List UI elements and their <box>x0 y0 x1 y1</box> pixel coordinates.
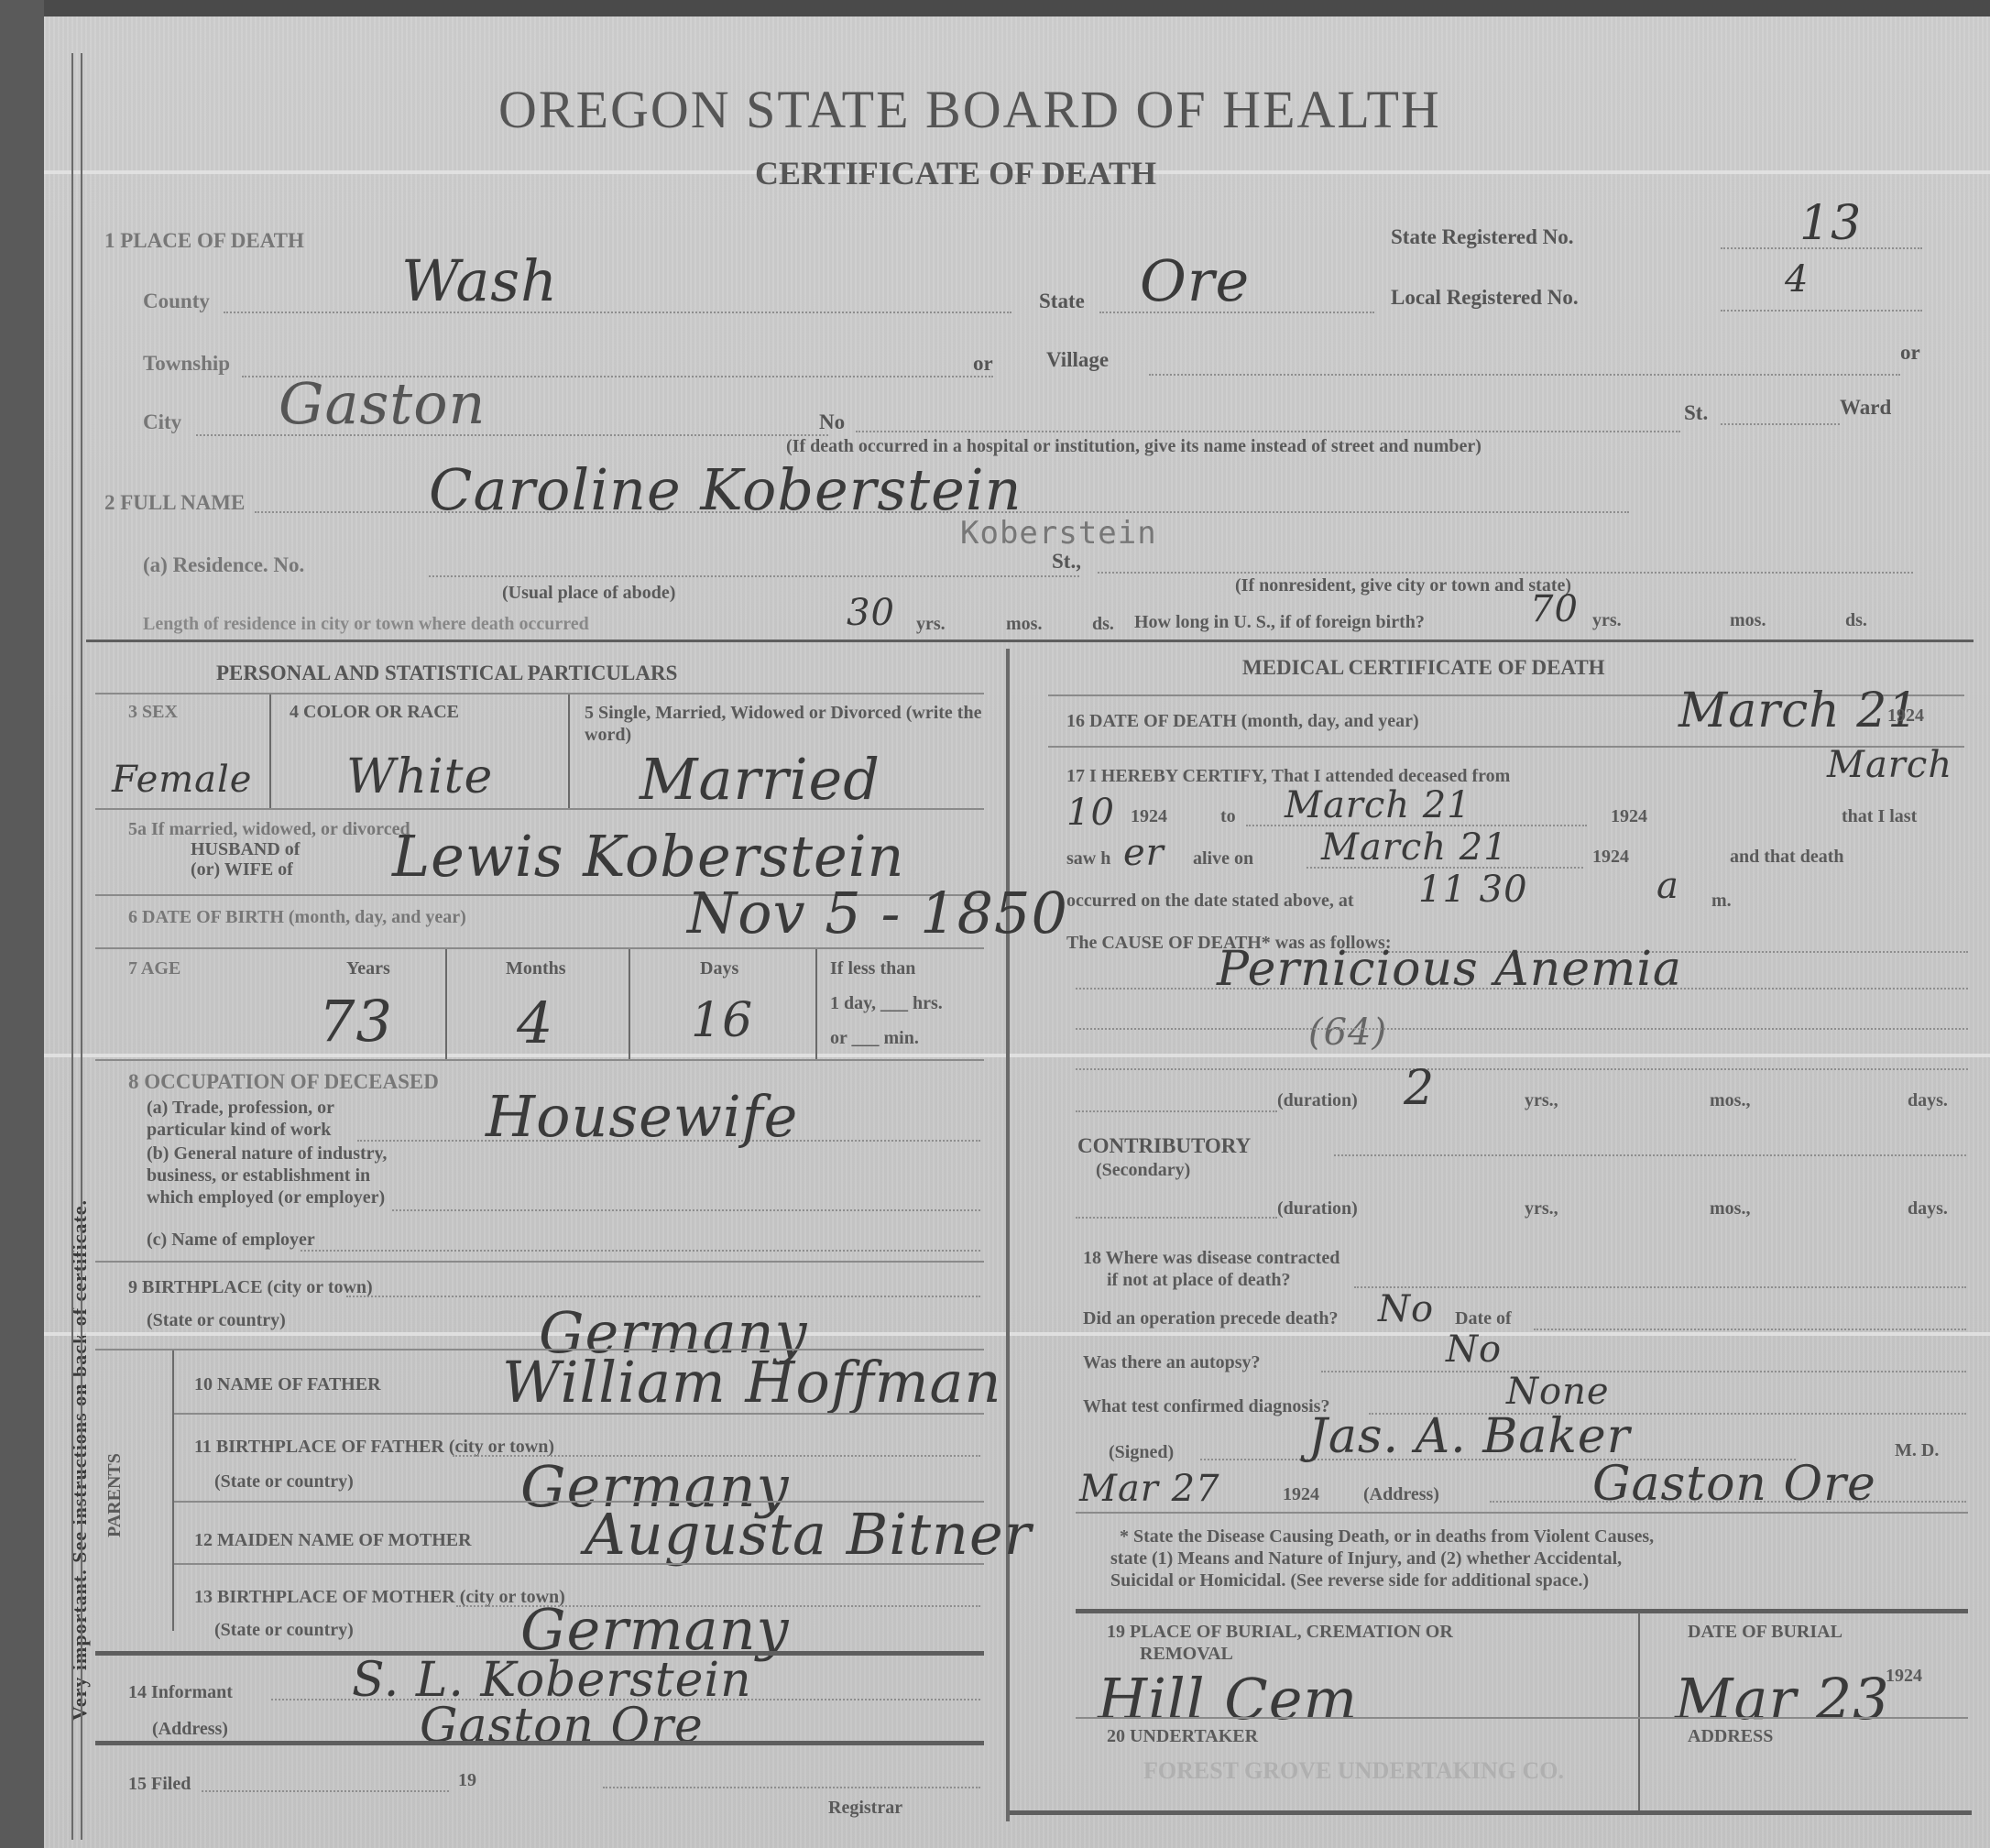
birthplace-label: 9 BIRTHPLACE (city or town) <box>128 1277 373 1298</box>
burial-date-label: DATE OF BURIAL <box>1688 1622 1842 1643</box>
cell-divider <box>445 949 447 1059</box>
death-certificate: Very important. See instructions on back… <box>44 16 1990 1848</box>
dob-label: 6 DATE OF BIRTH (month, day, and year) <box>128 907 466 928</box>
father-name-value[interactable]: William Hoffman <box>502 1349 1001 1416</box>
border-line <box>81 53 82 1840</box>
time-of-death-value[interactable]: 11 30 <box>1418 869 1528 911</box>
dob-value[interactable]: Nov 5 - 1850 <box>687 880 1068 946</box>
cell-divider <box>269 694 271 808</box>
employer-nature-line <box>392 1209 980 1211</box>
duration-label: (duration) <box>1277 1090 1358 1111</box>
residence-st-line <box>1098 572 1913 574</box>
duration-2-yrs-label: yrs., <box>1525 1198 1558 1219</box>
burial-place-label-1: 19 PLACE OF BURIAL, CREMATION OR <box>1107 1622 1453 1643</box>
ds-label-2: ds. <box>1845 610 1867 631</box>
border-line <box>71 53 73 1840</box>
race-label: 4 COLOR OR RACE <box>290 702 459 723</box>
duration-2-label: (duration) <box>1277 1198 1358 1219</box>
street-field-line <box>856 431 1680 432</box>
registrar-line <box>603 1787 980 1788</box>
duration-mos-label: mos., <box>1710 1090 1750 1111</box>
contracted-label-2: if not at place of death? <box>1107 1270 1291 1291</box>
informant-label: 14 Informant <box>128 1682 233 1703</box>
alive-on-value[interactable]: March 21 <box>1321 826 1508 869</box>
employer-name-line <box>301 1250 980 1252</box>
alive-on-label: alive on <box>1193 848 1253 869</box>
occupation-label: 8 OCCUPATION OF DECEASED <box>128 1070 439 1094</box>
father-birthplace-state-label: (State or country) <box>214 1471 354 1493</box>
city-value[interactable]: Gaston <box>279 370 486 437</box>
thick-row-divider <box>95 1741 984 1745</box>
test-label: What test confirmed diagnosis? <box>1083 1396 1329 1417</box>
date-of-death-value[interactable]: March 21 <box>1678 683 1919 738</box>
state-label: State <box>1039 290 1085 313</box>
thick-row-divider <box>1076 1609 1968 1613</box>
informant-address-value[interactable]: Gaston Ore <box>420 1699 704 1754</box>
county-field-line <box>224 312 1011 313</box>
saw-pronoun-value[interactable]: er <box>1123 832 1164 874</box>
age-years-value[interactable]: 73 <box>319 988 393 1055</box>
yrs-label-2: yrs. <box>1592 610 1622 631</box>
date-of-death-label: 16 DATE OF DEATH (month, day, and year) <box>1066 711 1419 732</box>
cause-code-annotation: (64) <box>1308 1011 1387 1054</box>
less-than-label-2: 1 day, ___ hrs. <box>830 993 943 1014</box>
cell-divider <box>815 949 817 1059</box>
full-name-label: 2 FULL NAME <box>104 491 245 515</box>
test-value[interactable]: None <box>1506 1371 1610 1413</box>
mother-maiden-name-value[interactable]: Augusta Bitner <box>585 1501 1032 1568</box>
row-divider <box>174 1413 984 1415</box>
row-divider <box>95 693 984 694</box>
cause-line-4 <box>1076 1068 1968 1070</box>
burial-date-value[interactable]: Mar 23 <box>1675 1666 1890 1733</box>
parents-label: PARENTS <box>104 1453 126 1537</box>
occupation-value[interactable]: Housewife <box>486 1083 798 1150</box>
date-of-operation-line <box>1534 1329 1966 1330</box>
burial-place-value[interactable]: Hill Cem <box>1098 1666 1358 1733</box>
age-days-value[interactable]: 16 <box>691 993 753 1048</box>
attended-to-value[interactable]: March 21 <box>1285 784 1471 826</box>
occupation-b-label-3: which employed (or employer) <box>147 1187 385 1208</box>
less-than-label-3: or ___ min. <box>830 1028 919 1049</box>
signed-label: (Signed) <box>1109 1442 1174 1463</box>
row-divider <box>95 808 984 810</box>
filed-label: 15 Filed <box>128 1774 191 1795</box>
attended-from-value[interactable]: March <box>1827 744 1952 786</box>
duration-2-days-label: days. <box>1908 1198 1948 1219</box>
husband-of-label: HUSBAND of <box>191 839 300 860</box>
county-value[interactable]: Wash <box>401 247 558 314</box>
spouse-label: 5a If married, widowed, or divorced <box>128 819 410 840</box>
ward-label: Ward <box>1840 396 1891 420</box>
page-title: OREGON STATE BOARD OF HEALTH <box>498 79 1441 140</box>
row-divider <box>1076 1512 1968 1514</box>
occupation-b-label-1: (b) General nature of industry, <box>147 1143 387 1165</box>
state-registered-label: State Registered No. <box>1391 225 1574 249</box>
nonresident-note: (If nonresident, give city or town and s… <box>1235 575 1571 596</box>
place-of-death-label: 1 PLACE OF DEATH <box>104 229 304 253</box>
medical-section-title: MEDICAL CERTIFICATE OF DEATH <box>1242 656 1605 680</box>
row-divider <box>95 1059 984 1061</box>
autopsy-value[interactable]: No <box>1446 1329 1502 1371</box>
cause-line-3 <box>1076 1028 1968 1030</box>
attended-from-day[interactable]: 10 <box>1066 792 1115 834</box>
duration-yrs-label: yrs., <box>1525 1090 1558 1111</box>
mother-maiden-name-label: 12 MAIDEN NAME OF MOTHER <box>194 1530 472 1551</box>
row-divider <box>95 947 984 949</box>
township-label: Township <box>143 352 230 376</box>
undertaker-address-label: ADDRESS <box>1688 1726 1773 1747</box>
address-label: (Address) <box>1363 1484 1439 1505</box>
physician-address-value[interactable]: Gaston Ore <box>1592 1457 1876 1512</box>
registrar-label: Registrar <box>828 1798 902 1819</box>
or-label: or <box>973 352 993 376</box>
filed-line <box>202 1790 449 1792</box>
secondary-label: (Secondary) <box>1096 1160 1190 1181</box>
section-divider <box>86 640 1974 642</box>
signature-value[interactable]: Jas. A. Baker <box>1308 1409 1631 1464</box>
operation-label: Did an operation precede death? <box>1083 1308 1339 1329</box>
md-label: M. D. <box>1895 1440 1939 1461</box>
local-registered-line <box>1721 310 1922 312</box>
cell-divider <box>568 694 570 808</box>
village-label: Village <box>1046 348 1109 372</box>
contracted-label-1: 18 Where was disease contracted <box>1083 1248 1339 1269</box>
employer-name-label: (c) Name of employer <box>147 1230 315 1251</box>
certificate-subtitle: CERTIFICATE OF DEATH <box>755 154 1156 192</box>
local-registered-number[interactable]: 4 <box>1785 258 1809 301</box>
occupation-a-label-2: particular kind of work <box>147 1120 331 1141</box>
duration-days-label: days. <box>1908 1090 1948 1111</box>
row-divider <box>95 1261 984 1263</box>
state-registered-number[interactable]: 13 <box>1799 196 1862 251</box>
paper-fold <box>44 1332 1990 1336</box>
state-value[interactable]: Ore <box>1140 247 1250 314</box>
personal-section-title: PERSONAL AND STATISTICAL PARTICULARS <box>216 662 677 685</box>
sex-label: 3 SEX <box>128 702 178 723</box>
residence-no-line <box>429 575 1079 577</box>
occurred-label: occurred on the date stated above, at <box>1066 891 1353 912</box>
duration-years-value[interactable]: 2 <box>1404 1061 1435 1116</box>
mos-label: mos. <box>1006 614 1042 635</box>
contributory-label: CONTRIBUTORY <box>1077 1134 1251 1158</box>
signed-date-value[interactable]: Mar 27 <box>1079 1468 1220 1510</box>
filed-year-label: 19 <box>458 1770 476 1791</box>
sex-value[interactable]: Female <box>112 759 252 801</box>
residence-label: (a) Residence. No. <box>143 553 304 577</box>
undertaker-label: 20 UNDERTAKER <box>1107 1726 1258 1747</box>
cell-divider <box>629 949 630 1059</box>
how-long-us-label: How long in U. S., if of foreign birth? <box>1134 612 1425 633</box>
county-label: County <box>143 290 210 313</box>
footnote-line-2: state (1) Means and Nature of Injury, an… <box>1110 1548 1622 1569</box>
row-divider <box>1076 1717 1968 1719</box>
wife-of-label: (or) WIFE of <box>191 859 293 880</box>
to-label: to <box>1220 806 1236 827</box>
duration-2-mos-label: mos., <box>1710 1198 1750 1219</box>
row-divider <box>174 1563 984 1565</box>
thick-row-divider <box>1010 1810 1972 1815</box>
months-label: Months <box>506 958 566 979</box>
operation-value[interactable]: No <box>1378 1288 1434 1330</box>
autopsy-line <box>1321 1371 1966 1372</box>
age-months-value[interactable]: 4 <box>517 990 553 1056</box>
age-label: 7 AGE <box>128 958 180 979</box>
scan-left-border <box>0 0 44 1848</box>
to-year[interactable]: 1924 <box>1611 806 1647 827</box>
length-residence-label: Length of residence in city or town wher… <box>143 614 589 635</box>
death-occurred-label: and that death <box>1730 847 1843 868</box>
footnote-line-3: Suicidal or Homicidal. (See reverse side… <box>1110 1570 1589 1591</box>
days-label: Days <box>700 958 738 979</box>
cause-line-2 <box>1076 988 1968 990</box>
hospital-note: (If death occurred in a hospital or inst… <box>786 436 1482 457</box>
last-saw-label: that I last <box>1842 806 1917 827</box>
contributory-line <box>1334 1154 1966 1156</box>
race-value[interactable]: White <box>346 749 493 804</box>
date-of-operation-label: Date of <box>1455 1308 1512 1329</box>
less-than-label-1: If less than <box>830 958 915 979</box>
cell-divider <box>172 1350 174 1631</box>
duration-2-line <box>1076 1217 1277 1219</box>
years-label: Years <box>346 958 390 979</box>
burial-year[interactable]: 1924 <box>1886 1666 1922 1687</box>
marital-status-value[interactable]: Married <box>640 746 880 813</box>
column-divider <box>1006 649 1010 1821</box>
footnote-line-1: * State the Disease Causing Death, or in… <box>1120 1526 1654 1547</box>
m-label: m. <box>1711 891 1732 912</box>
full-name-value[interactable]: Caroline Koberstein <box>429 456 1022 523</box>
st-field-line <box>1721 423 1840 425</box>
residence-st-label: St., <box>1052 550 1081 574</box>
birthplace-city-line <box>346 1296 980 1297</box>
occupation-b-label-2: business, or establishment in <box>147 1165 370 1186</box>
city-label: City <box>143 410 181 434</box>
saw-label: saw h <box>1066 848 1110 869</box>
length-residence-value[interactable]: 30 <box>847 592 895 634</box>
alt-spelling-annotation: Koberstein <box>960 515 1157 552</box>
village-field-line <box>1149 374 1900 376</box>
date-of-death-year[interactable]: 1924 <box>1887 705 1924 727</box>
st-label: St. <box>1684 401 1708 425</box>
marital-status-label: 5 Single, Married, Widowed or Divorced (… <box>585 702 988 746</box>
informant-address-label: (Address) <box>152 1719 228 1740</box>
contracted-line <box>1354 1286 1966 1288</box>
undertaker-stamp: FOREST GROVE UNDERTAKING CO. <box>1143 1757 1564 1785</box>
autopsy-label: Was there an autopsy? <box>1083 1352 1261 1373</box>
duration-line <box>1076 1110 1277 1112</box>
usual-place-note: (Usual place of abode) <box>502 583 675 604</box>
or-label: or <box>1900 341 1920 365</box>
mother-birthplace-state-label: (State or country) <box>214 1620 354 1641</box>
father-name-label: 10 NAME OF FATHER <box>194 1374 381 1395</box>
how-long-us-value[interactable]: 70 <box>1530 588 1579 630</box>
signed-year[interactable]: 1924 <box>1283 1484 1319 1505</box>
birthplace-state-label: (State or country) <box>147 1310 286 1331</box>
occupation-a-label-1: (a) Trade, profession, or <box>147 1098 334 1119</box>
mos-label-2: mos. <box>1730 610 1766 631</box>
local-registered-label: Local Registered No. <box>1391 286 1579 310</box>
cell-divider <box>1638 1613 1640 1810</box>
am-pm-value[interactable]: a <box>1657 865 1679 907</box>
street-no-label: No <box>819 410 845 434</box>
alive-year[interactable]: 1924 <box>1592 847 1629 868</box>
from-year[interactable]: 1924 <box>1131 806 1167 827</box>
ds-label: ds. <box>1092 614 1114 635</box>
yrs-label: yrs. <box>916 614 946 635</box>
burial-place-label-2: REMOVAL <box>1140 1644 1233 1665</box>
